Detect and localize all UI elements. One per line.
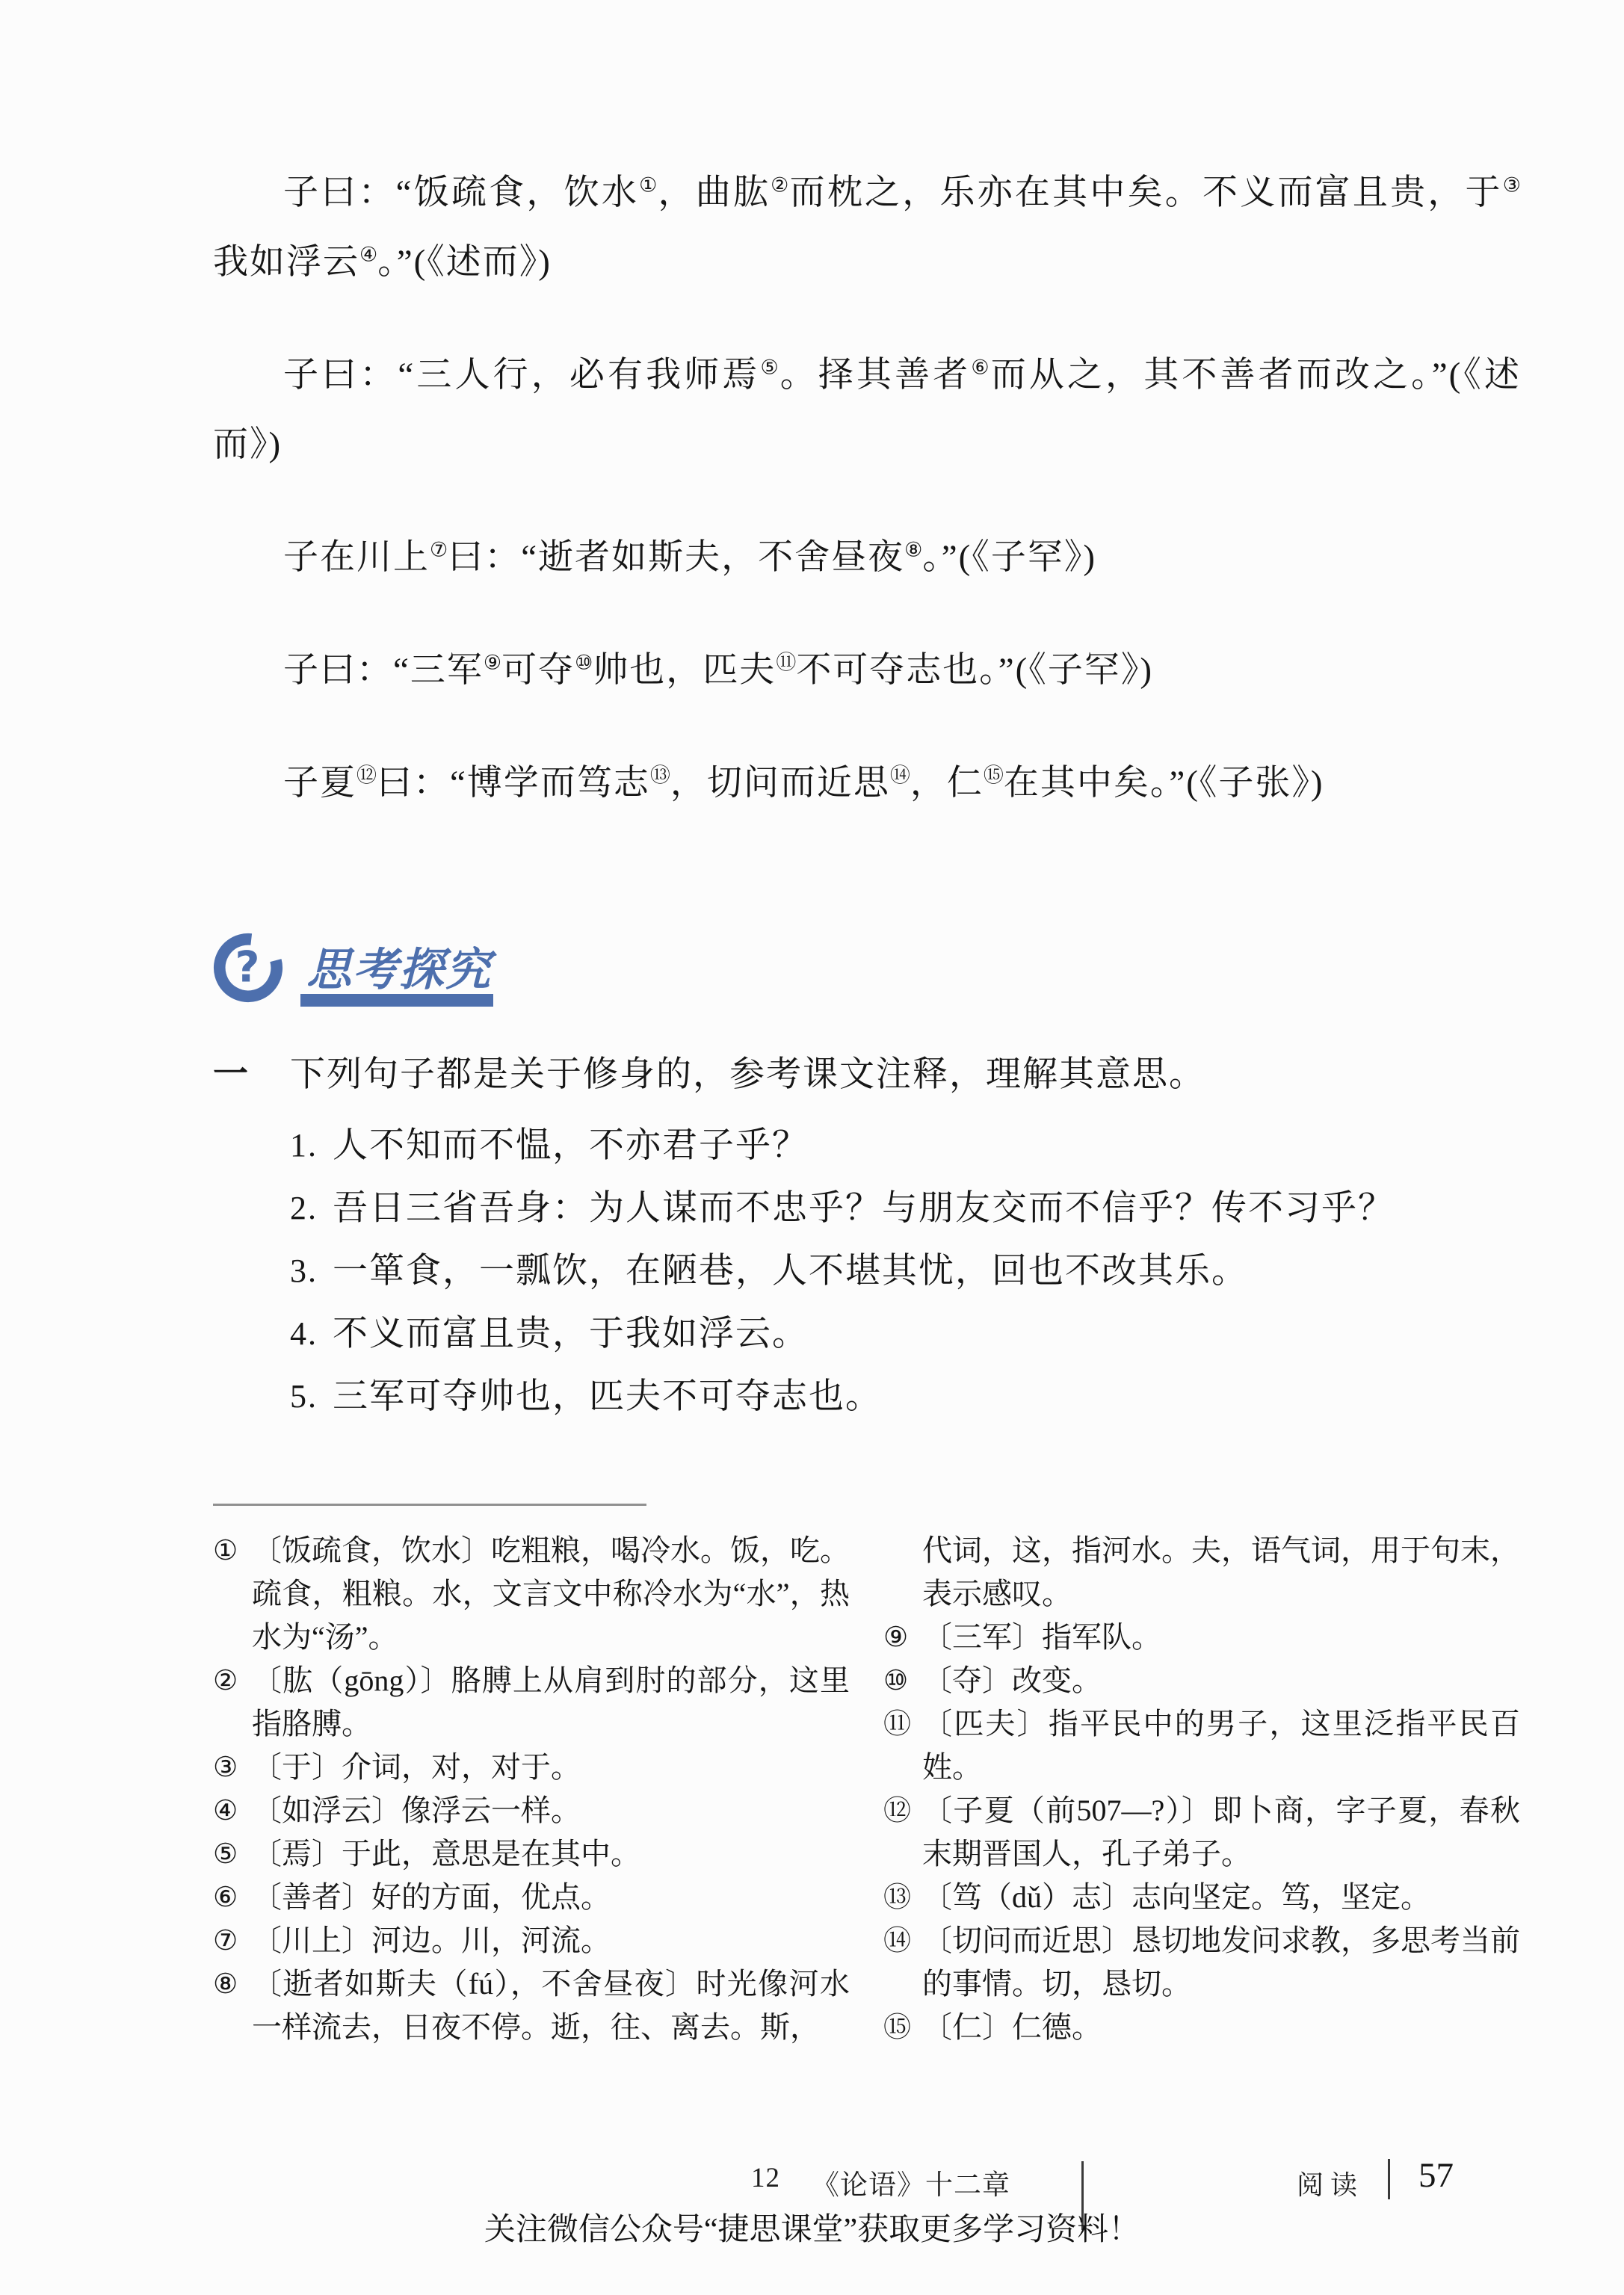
list-item: 1. 人不知而不愠，不亦君子乎？ [290,1127,1521,1164]
footnote-entry: ⑥ 〔善者〕好的方面，优点。 [213,1876,850,1919]
footnote-entry: ⑪ 〔匹夫〕指平民中的男子，这里泛指平民百姓。 [883,1702,1520,1789]
footnote-entry: ⑧ 〔逝者如斯夫（fú），不舍昼夜〕时光像河水一样流去，日夜不停。逝，往、离去。… [213,1962,850,2049]
footnote-text: 〔逝者如斯夫（fú），不舍昼夜〕时光像河水一样流去，日夜不停。逝，往、离去。斯， [252,1967,850,2044]
question-circle-icon: ? [212,931,285,1004]
explore-underline-bar [300,994,493,1007]
footnote-number: ⑧ [213,1963,238,2007]
list-item: 5. 三军可夺帅也，匹夫不可夺志也。 [290,1378,1521,1415]
footnote-number: ⑭ [883,1920,911,1963]
footnote-number: ④ [213,1790,238,1833]
footnote-number: ⑫ [883,1790,911,1833]
footnote-text: 〔如浮云〕像浮云一样。 [252,1794,581,1827]
footer-section-label: 阅 读 [1297,2164,1357,2202]
footnote-number: ⑨ [883,1616,908,1660]
footnote-text: 代词，这，指河水。夫，语气词，用于句末，表示感叹。 [922,1533,1520,1610]
footnotes: ① 〔饭疏食，饮水〕吃粗粮，喝冷水。饭，吃。疏食，粗粮。水，文言文中称冷水为“水… [213,1529,1521,2049]
footnote-entry: ④ 〔如浮云〕像浮云一样。 [213,1789,850,1832]
list-item: 3. 一箪食，一瓢饮，在陋巷，人不堪其忧，回也不改其乐。 [290,1252,1521,1290]
question-intro-text: 下列句子都是关于修身的，参考课文注释，理解其意思。 [290,1052,1205,1097]
footnote-entry: ② 〔肱（gōng）〕胳膊上从肩到肘的部分，这里指胳膊。 [213,1659,850,1746]
footnote-text: 〔夺〕改变。 [922,1664,1102,1697]
footnote-text: 〔善者〕好的方面，优点。 [252,1880,611,1914]
footnote-text: 〔笃（dǔ）志〕志向坚定。笃，坚定。 [922,1880,1430,1914]
list-item: 4. 不义而富且贵，于我如浮云。 [290,1315,1521,1353]
quote-paragraph: 子夏⑫曰：“博学而笃志⑬，切问而近思⑭，仁⑮在其中矣。”(《子张》) [213,749,1521,818]
footnote-number: ⑤ [213,1833,238,1877]
footer-page-divider-bar [1388,2159,1390,2199]
footnote-number: ⑩ [883,1660,908,1703]
footnote-entry: ⑤ 〔焉〕于此，意思是在其中。 [213,1832,850,1876]
footnote-text: 〔切问而近思〕恳切地发问求教，多思考当前的事情。切，恳切。 [922,1924,1520,2001]
footnote-text: 〔川上〕河边。川，河流。 [252,1924,611,1957]
footnote-text: 〔焉〕于此，意思是在其中。 [252,1837,640,1871]
footnote-number: ⑮ [883,2007,911,2050]
footnote-entry: ⑦ 〔川上〕河边。川，河流。 [213,1919,850,1962]
explore-title: 思考探究 [306,934,492,998]
footnote-text: 〔三军〕指军队。 [922,1620,1161,1654]
item-number: 5. [290,1378,333,1415]
footnote-text: 〔饭疏食，饮水〕吃粗粮，喝冷水。饭，吃。疏食，粗粮。水，文言文中称冷水为“水”，… [252,1533,850,1654]
item-text: 不义而富且贵，于我如浮云。 [333,1315,809,1353]
item-number: 1. [290,1127,333,1164]
item-number: 4. [290,1315,333,1353]
footnote-column-right: 代词，这，指河水。夫，语气词，用于句末，表示感叹。 ⑨ 〔三军〕指军队。 ⑩ 〔… [883,1529,1520,2049]
textbook-page: 子曰：“饭疏食，饮水①，曲肱②而枕之，乐亦在其中矣。不义而富且贵，于③我如浮云④… [0,0,1624,2295]
svg-text:?: ? [235,943,260,992]
footnote-entry: ⑭ 〔切问而近思〕恳切地发问求教，多思考当前的事情。切，恳切。 [883,1919,1520,2006]
footnote-entry: 代词，这，指河水。夫，语气词，用于句末，表示感叹。 [883,1529,1520,1616]
footnote-number: ⑦ [213,1920,238,1963]
lesson-number: 12 [751,2162,780,2202]
quote-paragraph: 子曰：“饭疏食，饮水①，曲肱②而枕之，乐亦在其中矣。不义而富且贵，于③我如浮云④… [213,158,1521,297]
question-items: 1. 人不知而不愠，不亦君子乎？ 2. 吾日三省吾身：为人谋而不忠乎？与朋友交而… [213,1127,1521,1415]
item-text: 吾日三省吾身：为人谋而不忠乎？与朋友交而不信乎？传不习乎？ [333,1190,1395,1227]
footnote-column-left: ① 〔饭疏食，饮水〕吃粗粮，喝冷水。饭，吃。疏食，粗粮。水，文言文中称冷水为“水… [213,1529,850,2049]
footnote-number: ③ [213,1746,238,1790]
footnote-entry: ① 〔饭疏食，饮水〕吃粗粮，喝冷水。饭，吃。疏食，粗粮。水，文言文中称冷水为“水… [213,1529,850,1659]
item-number: 2. [290,1190,333,1227]
footnote-divider [213,1504,646,1506]
footnote-entry: ⑮ 〔仁〕仁德。 [883,2006,1520,2049]
quote-paragraph: 子曰：“三军⑨可夺⑩帅也，匹夫⑪不可夺志也。”(《子罕》) [213,636,1521,705]
footnote-text: 〔肱（gōng）〕胳膊上从肩到肘的部分，这里指胳膊。 [252,1664,850,1740]
explore-section-header: ? 思考探究 [212,931,884,1021]
footnote-entry: ③ 〔于〕介词，对，对于。 [213,1746,850,1789]
item-text: 三军可夺帅也，匹夫不可夺志也。 [333,1378,882,1415]
lesson-title: 《论语》十二章 [812,2162,1010,2202]
question-intro: 一 下列句子都是关于修身的，参考课文注释，理解其意思。 [213,1052,1521,1097]
footnote-number: ① [213,1530,238,1573]
question-marker: 一 [213,1052,290,1097]
item-text: 一箪食，一瓢饮，在陋巷，人不堪其忧，回也不改其乐。 [333,1252,1248,1290]
footnote-entry: ⑩ 〔夺〕改变。 [883,1659,1520,1702]
quote-paragraph: 子在川上⑦曰：“逝者如斯夫，不舍昼夜⑧。”(《子罕》) [213,523,1521,593]
footnote-number: ② [213,1660,238,1703]
footer-lesson: 12 《论语》十二章 [751,2162,1010,2202]
item-number: 3. [290,1252,333,1290]
footnote-entry: ⑨ 〔三军〕指军队。 [883,1616,1520,1659]
promo-text: 关注微信公众号“捷思课堂”获取更多学习资料！ [0,2205,1624,2249]
quote-paragraph: 子曰：“三人行，必有我师焉⑤。择其善者⑥而从之，其不善者而改之。”(《述而》) [213,341,1521,480]
footnote-text: 〔仁〕仁德。 [922,2010,1102,2044]
footnote-text: 〔子夏（前507—?）〕即卜商，字子夏，春秋末期晋国人，孔子弟子。 [922,1794,1520,1871]
page-number: 57 [1418,2155,1454,2196]
footnote-entry: ⑫ 〔子夏（前507—?）〕即卜商，字子夏，春秋末期晋国人，孔子弟子。 [883,1789,1520,1876]
footnote-number: ⑬ [883,1877,911,1920]
analects-quotes: 子曰：“饭疏食，饮水①，曲肱②而枕之，乐亦在其中矣。不义而富且贵，于③我如浮云④… [213,158,1521,862]
footnote-number: ⑥ [213,1877,238,1920]
footnote-text: 〔匹夫〕指平民中的男子，这里泛指平民百姓。 [922,1707,1520,1784]
exercise-block: 一 下列句子都是关于修身的，参考课文注释，理解其意思。 1. 人不知而不愠，不亦… [213,1052,1521,1441]
list-item: 2. 吾日三省吾身：为人谋而不忠乎？与朋友交而不信乎？传不习乎？ [290,1190,1521,1227]
footnote-text: 〔于〕介词，对，对于。 [252,1750,581,1784]
item-text: 人不知而不愠，不亦君子乎？ [333,1127,809,1164]
footnote-entry: ⑬ 〔笃（dǔ）志〕志向坚定。笃，坚定。 [883,1876,1520,1919]
footnote-number: ⑪ [883,1703,911,1746]
